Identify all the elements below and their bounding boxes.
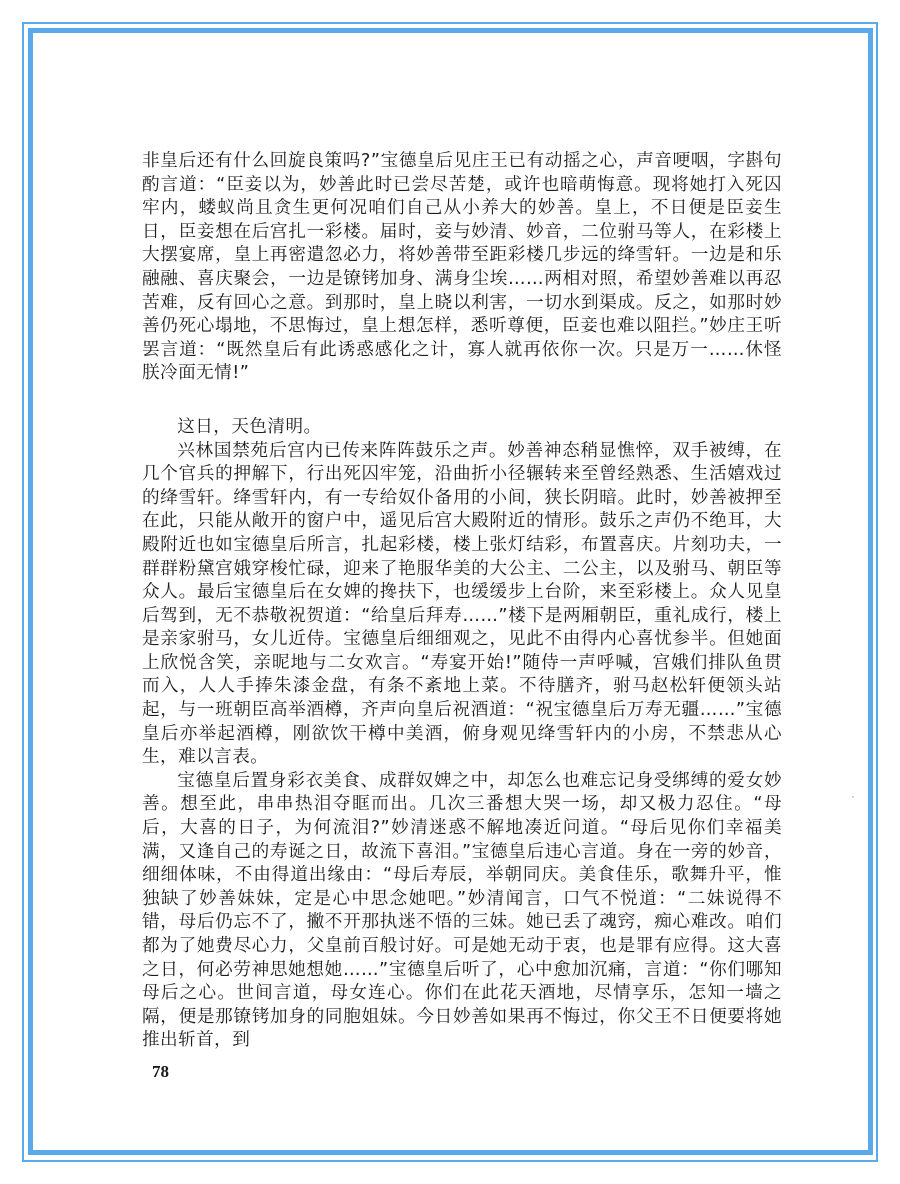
paragraph-dialogue-plan: 非皇后还有什么回旋良策吗?”宝德皇后见庄王已有动摇之心，声音哽咽，字斟句酌言道：… xyxy=(142,150,782,386)
page-body: 非皇后还有什么回旋良策吗?”宝德皇后见庄王已有动摇之心，声音哽咽，字斟句酌言道：… xyxy=(142,150,782,1053)
page-number: 78 xyxy=(152,1062,169,1082)
paragraph-weather: 这日，天色清明。 xyxy=(142,416,782,440)
paragraph-birthday-banquet: 兴林国禁苑后宫内已传来阵阵鼓乐之声。妙善神态稍显憔悴，双手被缚，在几个官兵的押解… xyxy=(142,440,782,770)
scan-speck xyxy=(852,796,854,798)
paragraph-queen-grief: 宝德皇后置身彩衣美食、成群奴婢之中，却怎么也难忘记身受绑缚的爱女妙善。想至此，串… xyxy=(142,770,782,1053)
